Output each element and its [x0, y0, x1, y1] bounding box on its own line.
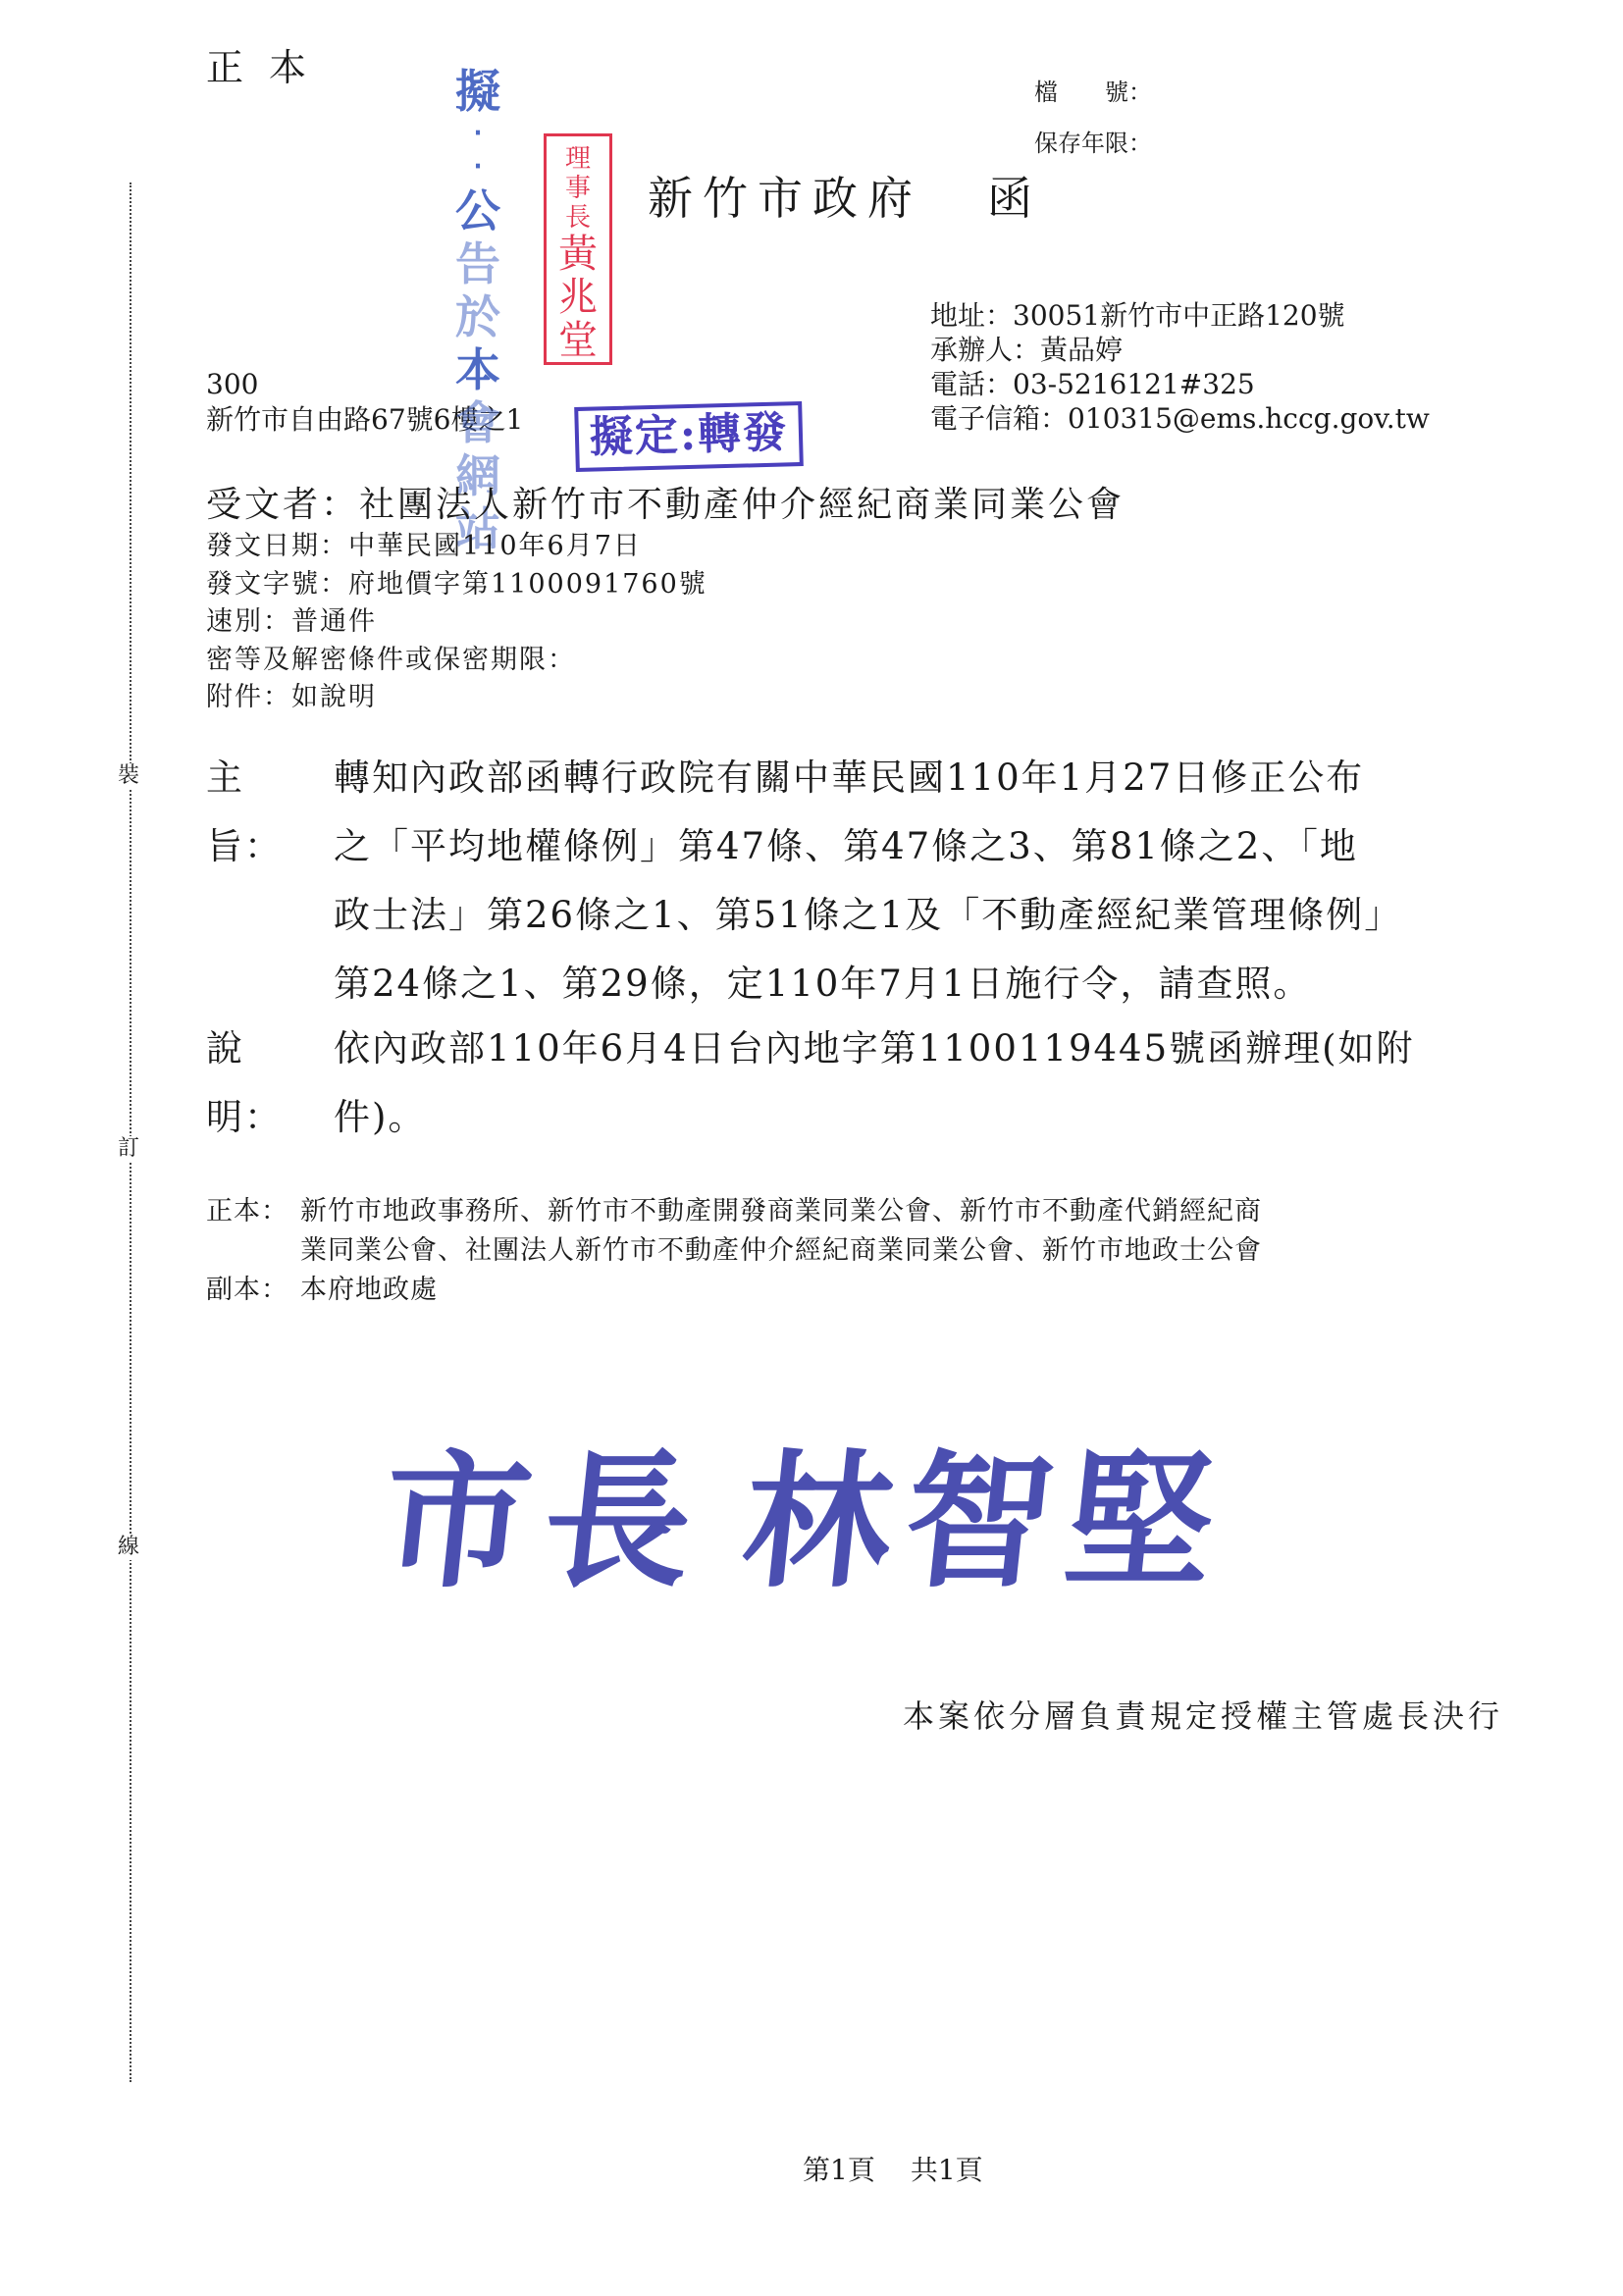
delivery-speed: 速別：普通件: [206, 603, 707, 642]
stamp-char: 於: [444, 290, 512, 343]
sender-address: 地址：30051新竹市中正路120號: [930, 298, 1430, 333]
page-number: 第1頁共1頁: [803, 2149, 983, 2188]
attachment-note: 附件：如說明: [206, 679, 707, 717]
seal-char: 長: [547, 203, 609, 233]
subject-body: 轉知內政部函轉行政院有關中華民國110年1月27日修正公布 之「平均地權條例」第…: [334, 744, 1623, 1018]
copy-label: 副本：: [206, 1271, 300, 1310]
seal-char: 事: [547, 174, 609, 203]
original-recipients: 正本： 新竹市地政事務所、新竹市不動產開發商業同業公會、新竹市不動產代銷經紀商 …: [206, 1192, 1262, 1271]
retention-period-label: 保存年限：: [1034, 124, 1152, 158]
subject-line: 第24條之1、第29條，定110年7月1日施行令，請查照。: [334, 950, 1623, 1018]
stamp-char: ‧: [444, 118, 512, 151]
stamp-char: 會: [444, 396, 512, 449]
sender-phone: 電話：03-5216121#325: [930, 367, 1430, 401]
binding-dotted-line: [130, 183, 131, 2082]
seal-char: 堂: [547, 319, 609, 362]
issue-date: 發文日期：中華民國110年6月7日: [206, 528, 707, 566]
subject-line: 之「平均地權條例」第47條、第47條之3、第81條之2、「地: [334, 812, 1623, 881]
mayor-signature: 市長林智堅: [374, 1403, 1240, 1615]
forward-decision-stamp: 擬定:轉發: [574, 401, 804, 472]
explanation-label: 說明：: [206, 1015, 283, 1152]
copy-recipients-value: 本府地政處: [300, 1271, 438, 1310]
secrecy-level: 密等及解密條件或保密期限：: [206, 642, 707, 680]
page-total: 共1頁: [911, 2154, 983, 2186]
signature-title: 市長: [374, 1435, 714, 1608]
subject-line: 轉知內政部函轉行政院有關中華民國110年1月27日修正公布: [334, 744, 1623, 812]
stamp-char: 告: [444, 237, 512, 290]
seal-char: 理: [547, 144, 609, 174]
file-number-field: 檔號：: [1034, 73, 1152, 107]
explanation-line: 件)。: [334, 1083, 1623, 1152]
original-recipients-line: 新竹市地政事務所、新竹市不動產開發商業同業公會、新竹市不動產代銷經紀商: [300, 1192, 1262, 1231]
stamp-char: 擬: [444, 65, 512, 118]
distribution-list: 正本： 新竹市地政事務所、新竹市不動產開發商業同業公會、新竹市不動產代銷經紀商 …: [206, 1192, 1262, 1310]
binding-mark-xian: 線: [118, 1535, 139, 1560]
original-recipients-line: 業同業公會、社團法人新竹市不動產仲介經紀商業同業公會、新竹市地政士公會: [300, 1231, 1262, 1271]
sender-contact-block: 地址：30051新竹市中正路120號 承辦人：黃品婷 電話：03-5216121…: [930, 298, 1430, 436]
binding-mark-zhuang: 裝: [118, 763, 139, 789]
binding-mark-ding: 訂: [118, 1136, 139, 1162]
stamp-char: ‧: [444, 151, 512, 184]
chairman-seal-stamp: 理 事 長 黃 兆 堂: [544, 133, 612, 365]
signature-name: 林智堅: [735, 1435, 1236, 1608]
explanation-line: 依內政部110年6月4日台內地字第1100119445號函辦理(如附: [334, 1015, 1623, 1083]
seal-char: 兆: [547, 276, 609, 319]
document-meta: 發文日期：中華民國110年6月7日 發文字號：府地價字第1100091760號 …: [206, 528, 707, 717]
title-document-type: 函: [987, 172, 1042, 225]
file-number-label-2: 號：: [1105, 78, 1152, 106]
page-current: 第1頁: [803, 2154, 875, 2186]
original-label: 正本：: [206, 1192, 300, 1271]
receiver-line: 受文者：社團法人新竹市不動產仲介經紀商業同業公會: [206, 477, 1125, 527]
stamp-char: 本: [444, 343, 512, 396]
copy-recipients: 副本： 本府地政處: [206, 1271, 1262, 1310]
document-title: 新竹市政府函: [648, 163, 1042, 228]
copy-type-label: 正本: [206, 37, 332, 91]
subject-line: 政士法」第26條之1、第51條之1及「不動產經紀業管理條例」: [334, 881, 1623, 950]
document-number: 發文字號：府地價字第1100091760號: [206, 566, 707, 604]
authority-note: 本案依分層負責規定授權主管處長決行: [903, 1692, 1503, 1737]
sender-email: 電子信箱：010315@ems.hccg.gov.tw: [930, 401, 1430, 436]
stamp-char: 公: [444, 184, 512, 237]
subject-label: 主旨：: [206, 744, 283, 881]
seal-char: 黃: [547, 233, 609, 276]
title-organization: 新竹市政府: [648, 172, 922, 225]
sender-handler: 承辦人：黃品婷: [930, 333, 1430, 367]
explanation-body: 依內政部110年6月4日台內地字第1100119445號函辦理(如附 件)。: [334, 1015, 1623, 1152]
file-number-label-1: 檔: [1034, 78, 1058, 106]
